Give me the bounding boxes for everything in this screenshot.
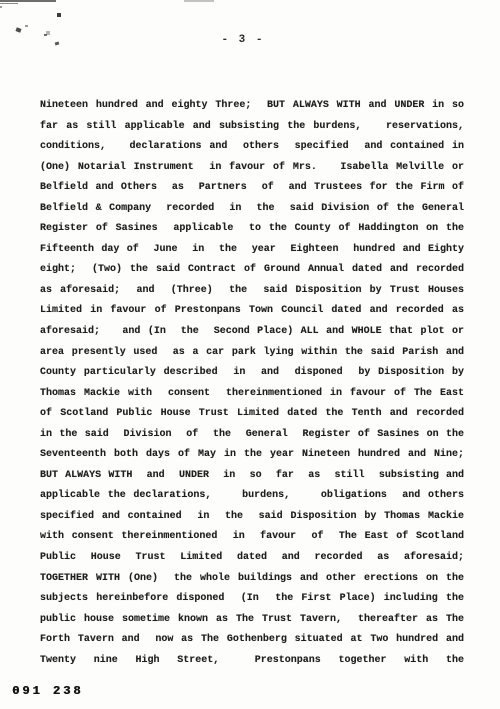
text-line: BUT ALWAYS WITH and UNDER in so far as s… — [40, 466, 464, 487]
text-line: subjects hereinbefore disponed (In the F… — [40, 589, 464, 610]
text-line: Belfield and Others as Partners of and T… — [40, 178, 464, 199]
text-line: (One) Notarial Instrument in favour of M… — [40, 158, 464, 179]
scan-artifact — [0, 6, 2, 8]
document-page: - 3 - Nineteen hundred and eighty Three;… — [0, 0, 500, 709]
text-line: public house sometime known as The Trust… — [40, 610, 464, 631]
text-line: Thomas Mackie with consent thereinmentio… — [40, 384, 464, 405]
text-line: Public House Trust Limited dated and rec… — [40, 548, 464, 569]
text-line: of Scotland Public House Trust Limited d… — [40, 404, 464, 425]
deed-body: Nineteen hundred and eighty Three; BUT A… — [40, 96, 464, 671]
page-number: - 3 - — [0, 34, 486, 46]
text-line: area presently used as a car park lying … — [40, 343, 464, 364]
text-line: Twenty nine High Street, Prestonpans tog… — [40, 651, 464, 672]
scan-artifact — [25, 25, 28, 27]
text-line: specified and contained in the said Disp… — [40, 507, 464, 528]
scan-artifact — [0, 3, 18, 4]
text-line: as aforesaid; and (Three) the said Dispo… — [40, 281, 464, 302]
text-line: aforesaid; and (In the Second Place) ALL… — [40, 322, 464, 343]
text-line: far as still applicable and subsisting t… — [40, 117, 464, 138]
text-line: Forth Tavern and now as The Gothenberg s… — [40, 630, 464, 651]
text-line: Limited in favour of Prestonpans Town Co… — [40, 301, 464, 322]
text-line: Register of Sasines applicable to the Co… — [40, 219, 464, 240]
text-line: Nineteen hundred and eighty Three; BUT A… — [40, 96, 464, 117]
text-line: TOGETHER WITH (One) the whole buildings … — [40, 569, 464, 590]
text-line: Seventeenth both days of May in the year… — [40, 445, 464, 466]
registration-stamp: 091 238 — [12, 684, 83, 698]
scan-artifact — [0, 0, 56, 2]
scan-artifact — [57, 13, 61, 17]
text-line: County particularly described in and dis… — [40, 363, 464, 384]
text-line: with consent thereinmentioned in favour … — [40, 527, 464, 548]
text-line: in the said Division of the General Regi… — [40, 425, 464, 446]
text-line: Fifteenth day of June in the year Eighte… — [40, 240, 464, 261]
text-line: applicable the declarations, burdens, ob… — [40, 486, 464, 507]
text-line: eight; (Two) the said Contract of Ground… — [40, 260, 464, 281]
text-line: Belfield & Company recorded in the said … — [40, 199, 464, 220]
scan-artifact — [15, 27, 21, 32]
text-line: conditions, declarations and others spec… — [40, 137, 464, 158]
scan-artifact — [184, 0, 214, 2]
